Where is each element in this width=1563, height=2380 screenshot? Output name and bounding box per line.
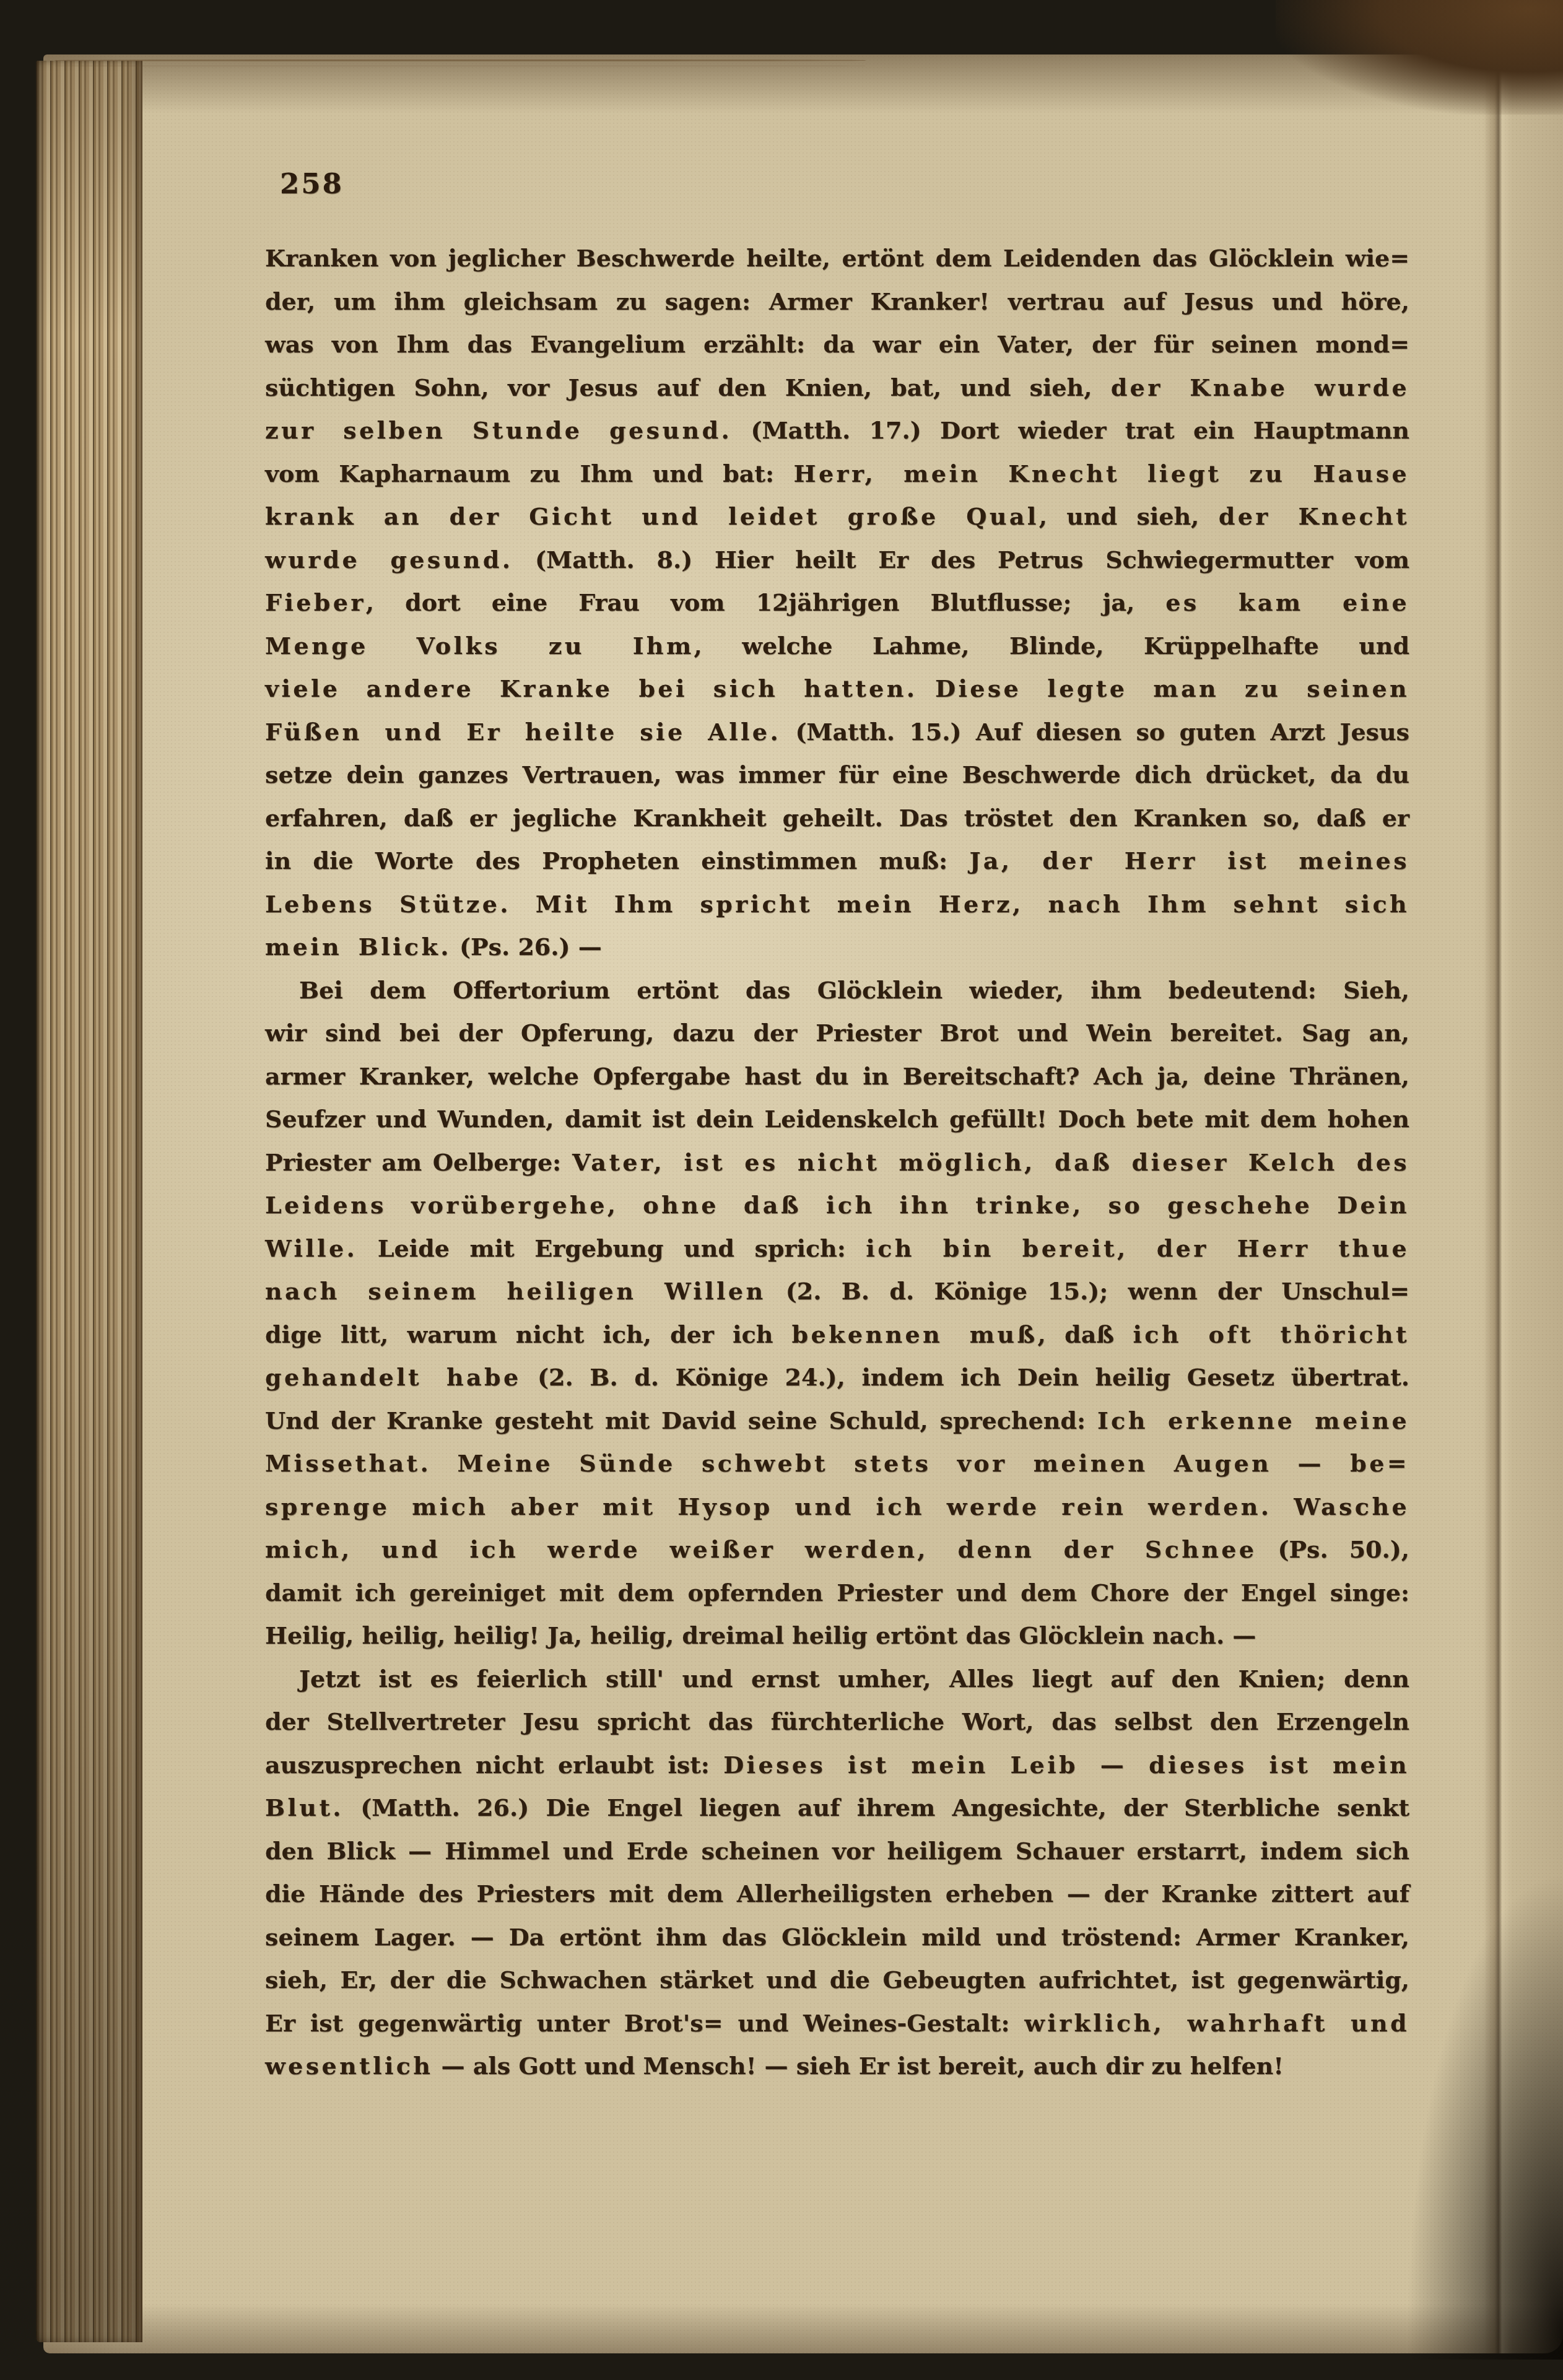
text-line: damit ich gereiniget mit dem opfernden P… <box>265 1571 1409 1615</box>
text-segment: Leidens vorübergehe, ohne daß ich ihn tr… <box>265 1191 1409 1219</box>
text-segment: (Matth. 17.) Dort wieder trat ein Hauptm… <box>732 416 1409 444</box>
text-line: Füßen und Er heilte sie Alle. (Matth. 15… <box>265 710 1409 754</box>
text-line: der Stellvertreter Jesu spricht das fürc… <box>265 1700 1409 1743</box>
text-segment: wirklich, wahrhaft und <box>1024 2009 1409 2037</box>
text-segment: (2. B. d. Könige 15.); wenn der Unschul= <box>765 1277 1409 1305</box>
text-segment: — als Gott und Mensch! — sieh Er ist ber… <box>433 2052 1284 2080</box>
text-segment: sieh, Er, der die Schwachen stärket und … <box>265 1966 1409 1994</box>
book-page-photo: 258 Kranken von jeglicher Beschwerde hei… <box>0 0 1563 2380</box>
text-line: Seufzer und Wunden, damit ist dein Leide… <box>265 1097 1409 1141</box>
book-cover-corner <box>1276 0 1563 115</box>
text-line: sprenge mich aber mit Hysop und ich werd… <box>265 1485 1409 1528</box>
text-line: mein Blick. (Ps. 26.) — <box>265 925 1409 969</box>
text-segment: (Matth. 8.) Hier heilt Er des Petrus Sch… <box>513 546 1409 573</box>
text-segment: Diese legte man zu seinen <box>935 674 1409 702</box>
text-segment: Füßen und Er heilte sie Alle. <box>265 718 781 746</box>
text-line: zur selben Stunde gesund. (Matth. 17.) D… <box>265 409 1409 452</box>
text-line: süchtigen Sohn, vor Jesus auf den Knien,… <box>265 366 1409 409</box>
text-segment: Ja, der Herr ist meines <box>969 847 1409 874</box>
text-line: Lebens Stütze. Mit Ihm spricht mein Herz… <box>265 883 1409 926</box>
text-segment: , und sieh, <box>1039 502 1219 530</box>
text-segment: Er ist gegenwärtig unter Brot's= und Wei… <box>265 2009 1024 2037</box>
text-line: auszusprechen nicht erlaubt ist: Dieses … <box>265 1743 1409 1787</box>
photo-background: { "page": { "number": "258", "lines": [ … <box>0 0 1563 2380</box>
text-segment: Priester am Oelberge: <box>265 1148 572 1176</box>
text-segment: Und der Kranke gesteht mit David seine S… <box>265 1406 1097 1434</box>
text-segment: wir sind bei der Opferung, dazu der Prie… <box>265 1019 1409 1047</box>
text-segment: Fieber <box>265 588 366 616</box>
text-line: seinem Lager. — Da ertönt ihm das Glöckl… <box>265 1916 1409 1959</box>
text-line: Menge Volks zu Ihm, welche Lahme, Blinde… <box>265 624 1409 668</box>
text-line: armer Kranker, welche Opfergabe hast du … <box>265 1055 1409 1098</box>
text-line: die Hände des Priesters mit dem Allerhei… <box>265 1872 1409 1916</box>
text-segment: , welche Lahme, Blinde, Krüppelhafte und <box>694 632 1409 660</box>
text-segment: wesentlich <box>265 2052 433 2080</box>
text-segment: der, um ihm gleichsam zu sagen: Armer Kr… <box>265 287 1409 315</box>
text-line: Blut. (Matth. 26.) Die Engel liegen auf … <box>265 1786 1409 1829</box>
text-segment: ich oft thöricht <box>1133 1320 1409 1348</box>
text-segment: Vater, ist es nicht möglich, daß dieser … <box>572 1148 1409 1176</box>
text-segment: Herr, mein Knecht liegt zu Hause <box>794 460 1409 487</box>
text-segment: (2. B. d. Könige 24.), indem ich Dein he… <box>521 1363 1409 1391</box>
text-segment: süchtigen Sohn, vor Jesus auf den Knien,… <box>265 373 1111 401</box>
text-segment: Heilig, heilig, heilig! Ja, heilig, drei… <box>265 1621 1256 1649</box>
text-segment: damit ich gereiniget mit dem opfernden P… <box>265 1579 1409 1606</box>
text-segment: erfahren, daß er jegliche Krankheit gehe… <box>265 804 1409 832</box>
text-segment: Lebens Stütze. Mit Ihm spricht mein Herz… <box>265 890 1409 918</box>
text-segment: Missethat. Meine Sünde schwebt stets vor… <box>265 1449 1409 1477</box>
text-line: erfahren, daß er jegliche Krankheit gehe… <box>265 796 1409 840</box>
text-line: viele andere Kranke bei sich hatten. Die… <box>265 667 1409 710</box>
text-segment: der Stellvertreter Jesu spricht das fürc… <box>265 1707 1409 1735</box>
text-segment: wurde gesund. <box>265 546 513 573</box>
text-line: der, um ihm gleichsam zu sagen: Armer Kr… <box>265 280 1409 323</box>
text-line: mich, und ich werde weißer werden, denn … <box>265 1528 1409 1571</box>
text-segment: der Knecht <box>1219 502 1409 530</box>
text-line: wurde gesund. (Matth. 8.) Hier heilt Er … <box>265 538 1409 582</box>
text-segment: dige litt, warum nicht ich, der ich <box>265 1320 792 1348</box>
text-segment: seinem Lager. — Da ertönt ihm das Glöckl… <box>265 1923 1409 1951</box>
text-segment: Jetzt ist es feierlich still' und ernst … <box>299 1665 1409 1693</box>
text-segment <box>917 674 935 702</box>
text-line: Er ist gegenwärtig unter Brot's= und Wei… <box>265 2002 1409 2045</box>
text-segment: nach seinem heiligen Willen <box>265 1277 765 1305</box>
page-number: 258 <box>280 167 344 200</box>
text-line: Leidens vorübergehe, ohne daß ich ihn tr… <box>265 1183 1409 1227</box>
text-line: nach seinem heiligen Willen (2. B. d. Kö… <box>265 1270 1409 1313</box>
text-line: Priester am Oelberge: Vater, ist es nich… <box>265 1141 1409 1184</box>
text-segment: mich, und ich werde weißer werden, denn … <box>265 1535 1256 1563</box>
text-line: vom Kapharnaum zu Ihm und bat: Herr, mei… <box>265 452 1409 495</box>
text-segment: armer Kranker, welche Opfergabe hast du … <box>265 1062 1409 1090</box>
text-segment: in die Worte des Propheten einstimmen mu… <box>265 847 969 874</box>
text-line: sieh, Er, der die Schwachen stärket und … <box>265 1958 1409 2002</box>
text-line: wir sind bei der Opferung, dazu der Prie… <box>265 1011 1409 1055</box>
page-stack-edge <box>36 61 142 2342</box>
gutter-shadow <box>1406 1870 1563 2360</box>
text-segment: setze dein ganzes Vertrauen, was immer f… <box>265 761 1409 788</box>
text-segment: (Matth. 15.) Auf diesen so guten Arzt Je… <box>781 718 1409 746</box>
text-line: was von Ihm das Evangelium erzählt: da w… <box>265 323 1409 366</box>
text-segment: Leide mit Ergebung und sprich: <box>357 1234 866 1262</box>
text-segment: Dieses ist mein Leib — dieses ist mein <box>723 1751 1409 1779</box>
page-top-edge <box>54 59 866 61</box>
text-segment: gehandelt habe <box>265 1363 521 1391</box>
text-segment: was von Ihm das Evangelium erzählt: da w… <box>265 330 1409 358</box>
text-line: dige litt, warum nicht ich, der ich beke… <box>265 1313 1409 1356</box>
text-segment: der Knabe wurde <box>1111 373 1409 401</box>
text-line: gehandelt habe (2. B. d. Könige 24.), in… <box>265 1356 1409 1399</box>
text-segment: auszusprechen nicht erlaubt ist: <box>265 1751 723 1779</box>
text-line: krank an der Gicht und leidet große Qual… <box>265 495 1409 538</box>
text-segment: Bei dem Offertorium ertönt das Glöcklein… <box>299 976 1409 1004</box>
text-segment: , daß <box>1038 1320 1133 1348</box>
text-segment: viele andere Kranke bei sich hatten. <box>265 674 917 702</box>
text-segment: krank an der Gicht und leidet große Qual <box>265 502 1039 530</box>
text-segment: ich bin bereit, der Herr thue <box>866 1234 1409 1262</box>
text-segment: die Hände des Priesters mit dem Allerhei… <box>265 1880 1409 1907</box>
text-block: Kranken von jeglicher Beschwerde heilte,… <box>265 237 1409 2088</box>
text-line: Heilig, heilig, heilig! Ja, heilig, drei… <box>265 1614 1409 1657</box>
text-line: Kranken von jeglicher Beschwerde heilte,… <box>265 237 1409 280</box>
text-segment: mein Blick. <box>265 933 451 961</box>
text-segment: es kam eine <box>1165 588 1409 616</box>
text-segment: Seufzer und Wunden, damit ist dein Leide… <box>265 1105 1409 1133</box>
text-segment: Ich erkenne meine <box>1097 1406 1409 1434</box>
text-segment: Kranken von jeglicher Beschwerde heilte,… <box>265 244 1409 272</box>
text-line: in die Worte des Propheten einstimmen mu… <box>265 839 1409 883</box>
text-line: wesentlich — als Gott und Mensch! — sieh… <box>265 2044 1409 2088</box>
text-segment: Blut. <box>265 1794 344 1821</box>
text-segment: vom Kapharnaum zu Ihm und bat: <box>265 460 794 487</box>
text-segment: Menge Volks zu Ihm <box>265 632 694 660</box>
text-segment: , dort eine Frau vom 12jährigen Blutflus… <box>366 588 1165 616</box>
text-line: Wille. Leide mit Ergebung und sprich: ic… <box>265 1227 1409 1270</box>
text-line: Bei dem Offertorium ertönt das Glöcklein… <box>265 969 1409 1012</box>
text-line: Jetzt ist es feierlich still' und ernst … <box>265 1657 1409 1701</box>
text-segment: (Matth. 26.) Die Engel liegen auf ihrem … <box>344 1794 1409 1821</box>
text-segment: zur selben Stunde gesund. <box>265 416 732 444</box>
text-segment: den Blick — Himmel und Erde scheinen vor… <box>265 1837 1409 1865</box>
text-segment: (Ps. 26.) — <box>451 933 602 961</box>
text-segment: (Ps. 50.), <box>1256 1535 1409 1563</box>
text-line: Missethat. Meine Sünde schwebt stets vor… <box>265 1442 1409 1485</box>
text-line: setze dein ganzes Vertrauen, was immer f… <box>265 753 1409 796</box>
text-line: den Blick — Himmel und Erde scheinen vor… <box>265 1829 1409 1873</box>
text-line: Und der Kranke gesteht mit David seine S… <box>265 1399 1409 1442</box>
text-segment: sprenge mich aber mit Hysop und ich werd… <box>265 1493 1409 1520</box>
text-segment: Wille. <box>265 1234 357 1262</box>
text-line: Fieber, dort eine Frau vom 12jährigen Bl… <box>265 581 1409 624</box>
text-segment: bekennen muß <box>792 1320 1038 1348</box>
